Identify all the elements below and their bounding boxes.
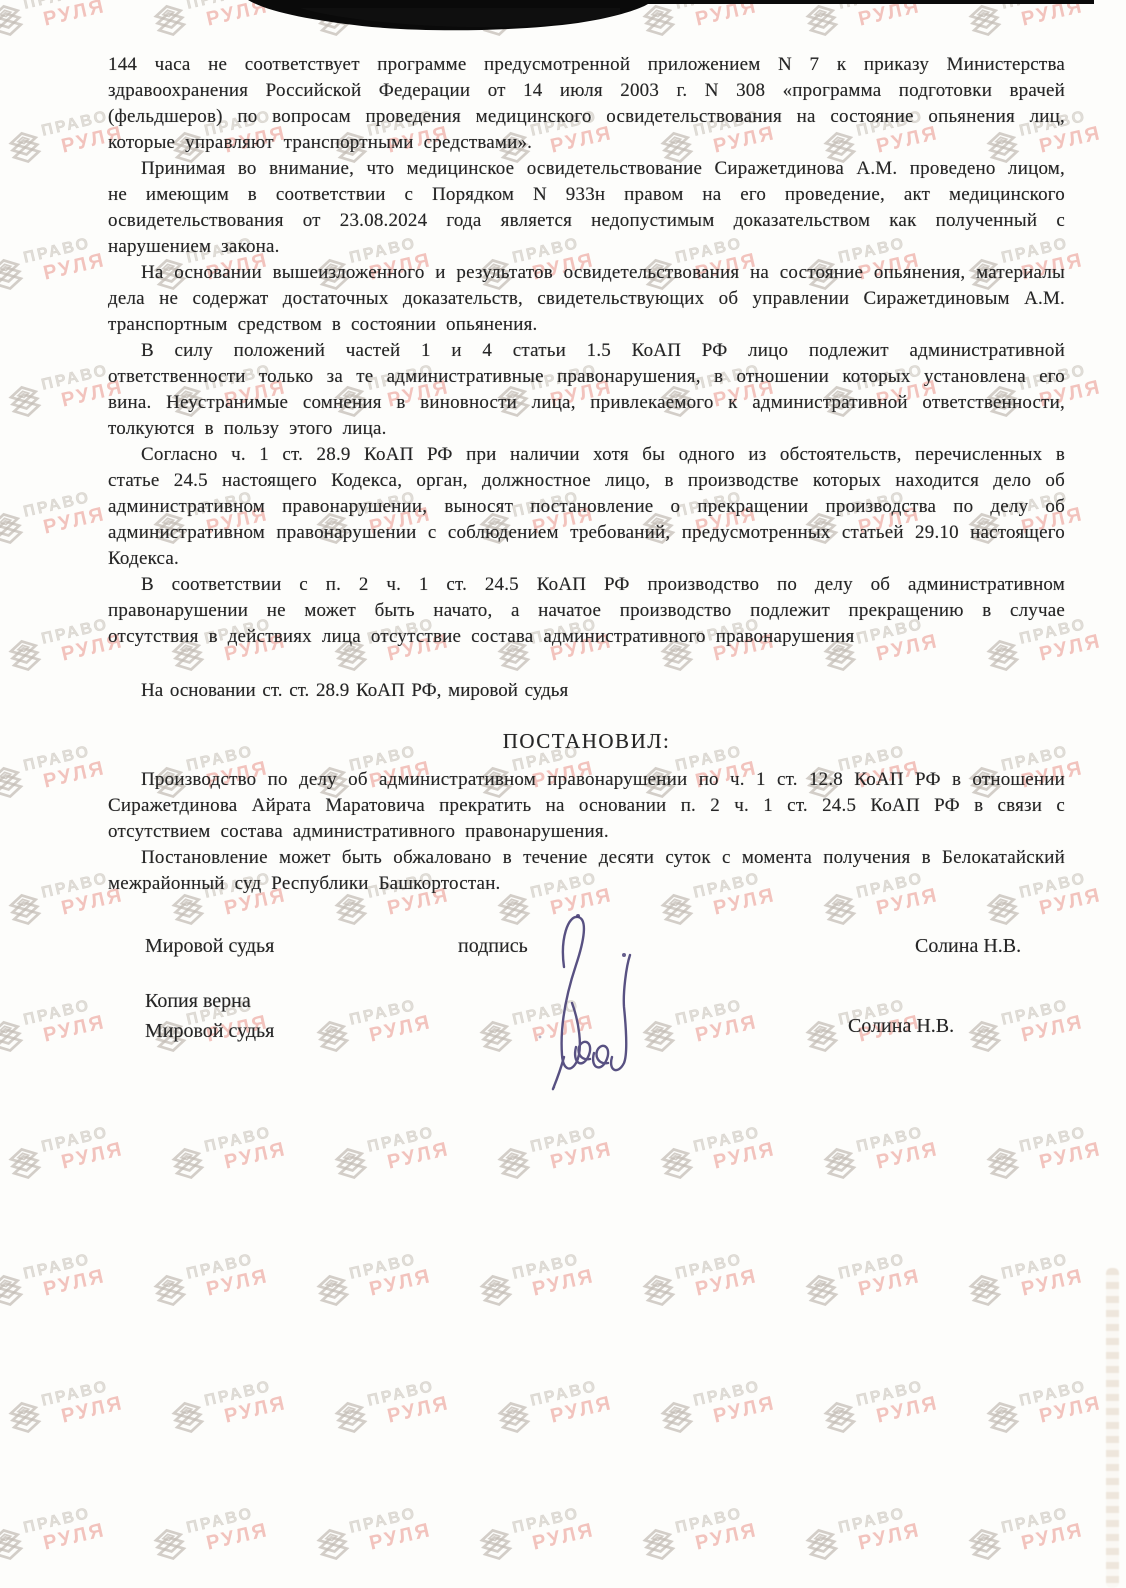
watermark-text-pravo: ПРАВО — [692, 1375, 773, 1410]
watermark-text-pravo: ПРАВО — [1018, 1375, 1099, 1410]
pravo-rulya-logo-icon — [655, 1142, 699, 1189]
watermark-text-rulya: РУЛЯ — [385, 1392, 452, 1429]
watermark-text-pravo: ПРАВО — [22, 1248, 103, 1283]
pravo-rulya-logo-icon — [818, 1396, 862, 1443]
watermark-text-pravo: ПРАВО — [529, 1121, 610, 1156]
paragraph: На основании вышеизложенного и результат… — [108, 260, 1065, 338]
watermark-text-rulya: РУЛЯ — [1037, 1138, 1104, 1175]
watermark-tile: ПРАВОРУЛЯ — [800, 1493, 970, 1588]
watermark-text-pravo: ПРАВО — [511, 1502, 592, 1537]
watermark-text-rulya: РУЛЯ — [204, 1519, 271, 1556]
watermark-tile: ПРАВОРУЛЯ — [492, 1112, 662, 1210]
pravo-rulya-logo-icon — [311, 1269, 355, 1316]
watermark-tile: ПРАВОРУЛЯ — [329, 1366, 499, 1464]
watermark-text-rulya: РУЛЯ — [856, 1265, 923, 1302]
watermark-tile: ПРАВОРУЛЯ — [0, 985, 155, 1083]
watermark-text-rulya: РУЛЯ — [874, 1138, 941, 1175]
watermark-text-pravo: ПРАВО — [366, 1375, 447, 1410]
watermark-text-rulya: РУЛЯ — [548, 1392, 615, 1429]
watermark-text-pravo: ПРАВО — [855, 1375, 936, 1410]
paragraph: В соответствии с п. 2 ч. 1 ст. 24.5 КоАП… — [108, 572, 1065, 650]
basis-line: На основании ст. ст. 28.9 КоАП РФ, миров… — [108, 678, 1065, 704]
pravo-rulya-logo-icon — [3, 126, 47, 173]
watermark-tile: ПРАВОРУЛЯ — [963, 985, 1126, 1083]
watermark-text-rulya: РУЛЯ — [367, 1519, 434, 1556]
watermark-text-rulya: РУЛЯ — [874, 1392, 941, 1429]
watermark-tile: ПРАВОРУЛЯ — [166, 1112, 336, 1210]
pravo-rulya-logo-icon — [0, 761, 29, 808]
judge-name: Солина Н.В. — [915, 935, 1021, 958]
watermark-text-rulya: РУЛЯ — [41, 1519, 108, 1556]
resolution-paragraph: Производство по делу об административном… — [108, 767, 1065, 845]
pravo-rulya-logo-icon — [474, 1015, 518, 1062]
watermark-text-pravo: ПРАВО — [1000, 1248, 1081, 1283]
pravo-rulya-logo-icon — [329, 1142, 373, 1189]
watermark-text-rulya: РУЛЯ — [222, 1392, 289, 1429]
pravo-rulya-logo-icon — [0, 1015, 29, 1062]
watermark-text-rulya: РУЛЯ — [1037, 1392, 1104, 1429]
watermark-text-rulya: РУЛЯ — [1019, 1265, 1086, 1302]
paragraph: Согласно ч. 1 ст. 28.9 КоАП РФ при налич… — [108, 442, 1065, 572]
watermark-text-pravo: ПРАВО — [348, 1248, 429, 1283]
watermark-tile: ПРАВОРУЛЯ — [981, 1366, 1126, 1464]
watermark-tile: ПРАВОРУЛЯ — [474, 1239, 644, 1337]
pravo-rulya-logo-icon — [492, 1396, 536, 1443]
watermark-tile: ПРАВОРУЛЯ — [311, 1239, 481, 1337]
watermark-tile: ПРАВОРУЛЯ — [148, 1239, 318, 1337]
pravo-rulya-logo-icon — [166, 1396, 210, 1443]
pravo-rulya-logo-icon — [3, 1142, 47, 1189]
watermark-text-rulya: РУЛЯ — [530, 1519, 597, 1556]
pravo-rulya-logo-icon — [981, 1142, 1025, 1189]
watermark-text-rulya: РУЛЯ — [1019, 1519, 1086, 1556]
watermark-text-rulya: РУЛЯ — [367, 1265, 434, 1302]
watermark-text-rulya: РУЛЯ — [41, 1011, 108, 1048]
watermark-text-rulya: РУЛЯ — [1019, 1011, 1086, 1048]
watermark-tile: ПРАВОРУЛЯ — [818, 1366, 988, 1464]
copy-note: Копия верна — [145, 990, 251, 1013]
watermark-text-rulya: РУЛЯ — [548, 1138, 615, 1175]
watermark-text-pravo: ПРАВО — [511, 1248, 592, 1283]
pravo-rulya-logo-icon — [148, 1523, 192, 1570]
pravo-rulya-logo-icon — [655, 1396, 699, 1443]
watermark-text-pravo: ПРАВО — [348, 994, 429, 1029]
pravo-rulya-logo-icon — [800, 1269, 844, 1316]
watermark-text-pravo: ПРАВО — [366, 1121, 447, 1156]
signature-label: подпись — [458, 935, 528, 958]
pravo-rulya-logo-icon — [3, 634, 47, 681]
watermark-text-pravo: ПРАВО — [1000, 994, 1081, 1029]
scanner-artifact-blob — [0, 0, 1126, 40]
watermark-tile: ПРАВОРУЛЯ — [329, 1112, 499, 1210]
watermark-text-pravo: ПРАВО — [40, 1375, 121, 1410]
watermark-text-rulya: РУЛЯ — [204, 1265, 271, 1302]
pravo-rulya-logo-icon — [963, 1523, 1007, 1570]
watermark-tile: ПРАВОРУЛЯ — [311, 985, 481, 1083]
pravo-rulya-logo-icon — [0, 253, 29, 300]
pravo-rulya-logo-icon — [981, 1396, 1025, 1443]
watermark-text-rulya: РУЛЯ — [41, 1265, 108, 1302]
pravo-rulya-logo-icon — [329, 1396, 373, 1443]
resolution-heading: ПОСТАНОВИЛ: — [108, 728, 1065, 754]
watermark-text-rulya: РУЛЯ — [693, 1265, 760, 1302]
watermark-tile: ПРАВОРУЛЯ — [492, 1366, 662, 1464]
watermark-text-rulya: РУЛЯ — [856, 1519, 923, 1556]
watermark-text-pravo: ПРАВО — [529, 1375, 610, 1410]
pravo-rulya-logo-icon — [474, 1269, 518, 1316]
watermark-text-pravo: ПРАВО — [185, 1502, 266, 1537]
pravo-rulya-logo-icon — [0, 507, 29, 554]
resolution-paragraph: Постановление может быть обжаловано в те… — [108, 845, 1065, 897]
watermark-tile: ПРАВОРУЛЯ — [637, 1493, 807, 1588]
watermark-text-pravo: ПРАВО — [692, 1121, 773, 1156]
watermark-text-pravo: ПРАВО — [837, 1248, 918, 1283]
watermark-tile: ПРАВОРУЛЯ — [818, 1112, 988, 1210]
pravo-rulya-logo-icon — [3, 888, 47, 935]
paragraph: 144 часа не соответствует программе пред… — [108, 52, 1065, 156]
page-edge-artifact — [1106, 1268, 1119, 1588]
watermark-text-rulya: РУЛЯ — [693, 1519, 760, 1556]
watermark-text-rulya: РУЛЯ — [367, 1011, 434, 1048]
pravo-rulya-logo-icon — [3, 380, 47, 427]
watermark-text-pravo: ПРАВО — [22, 740, 103, 775]
pravo-rulya-logo-icon — [3, 1396, 47, 1443]
judge-label: Мировой судья — [145, 1020, 274, 1043]
watermark-tile: ПРАВОРУЛЯ — [963, 1493, 1126, 1588]
watermark-text-rulya: РУЛЯ — [385, 1138, 452, 1175]
pravo-rulya-logo-icon — [637, 1269, 681, 1316]
watermark-text-pravo: ПРАВО — [203, 1121, 284, 1156]
pravo-rulya-logo-icon — [963, 1269, 1007, 1316]
watermark-text-pravo: ПРАВО — [22, 232, 103, 267]
watermark-tile: ПРАВОРУЛЯ — [637, 1239, 807, 1337]
judge-label: Мировой судья — [145, 935, 274, 958]
watermark-text-pravo: ПРАВО — [1018, 1121, 1099, 1156]
watermark-tile: ПРАВОРУЛЯ — [474, 1493, 644, 1588]
watermark-text-rulya: РУЛЯ — [41, 249, 108, 286]
document-body: 144 часа не соответствует программе пред… — [108, 52, 1065, 897]
watermark-tile: ПРАВОРУЛЯ — [0, 1239, 155, 1337]
watermark-text-rulya: РУЛЯ — [711, 1392, 778, 1429]
pravo-rulya-logo-icon — [474, 1523, 518, 1570]
watermark-text-pravo: ПРАВО — [348, 1502, 429, 1537]
pravo-rulya-logo-icon — [311, 1015, 355, 1062]
watermark-text-rulya: РУЛЯ — [693, 1011, 760, 1048]
watermark-text-pravo: ПРАВО — [185, 1248, 266, 1283]
watermark-text-rulya: РУЛЯ — [59, 1392, 126, 1429]
watermark-tile: ПРАВОРУЛЯ — [963, 1239, 1126, 1337]
pravo-rulya-logo-icon — [800, 1523, 844, 1570]
watermark-text-rulya: РУЛЯ — [41, 757, 108, 794]
watermark-text-pravo: ПРАВО — [203, 1375, 284, 1410]
watermark-tile: ПРАВОРУЛЯ — [655, 1366, 825, 1464]
watermark-text-pravo: ПРАВО — [855, 1121, 936, 1156]
watermark-text-pravo: ПРАВО — [674, 994, 755, 1029]
watermark-tile: ПРАВОРУЛЯ — [0, 1493, 155, 1588]
watermark-tile: ПРАВОРУЛЯ — [3, 1366, 173, 1464]
paragraph: Принимая во внимание, что медицинское ос… — [108, 156, 1065, 260]
watermark-text-pravo: ПРАВО — [22, 486, 103, 521]
watermark-tile: ПРАВОРУЛЯ — [655, 1112, 825, 1210]
pravo-rulya-logo-icon — [800, 1015, 844, 1062]
pravo-rulya-logo-icon — [148, 1269, 192, 1316]
watermark-text-pravo: ПРАВО — [22, 1502, 103, 1537]
pravo-rulya-logo-icon — [311, 1523, 355, 1570]
watermark-tile: ПРАВОРУЛЯ — [166, 1366, 336, 1464]
watermark-tile: ПРАВОРУЛЯ — [311, 1493, 481, 1588]
watermark-text-rulya: РУЛЯ — [711, 1138, 778, 1175]
watermark-text-pravo: ПРАВО — [40, 1121, 121, 1156]
watermark-tile: ПРАВОРУЛЯ — [148, 1493, 318, 1588]
pravo-rulya-logo-icon — [166, 1142, 210, 1189]
watermark-text-rulya: РУЛЯ — [59, 1138, 126, 1175]
watermark-text-pravo: ПРАВО — [674, 1248, 755, 1283]
pravo-rulya-logo-icon — [492, 1142, 536, 1189]
pravo-rulya-logo-icon — [0, 1269, 29, 1316]
watermark-text-pravo: ПРАВО — [22, 994, 103, 1029]
watermark-text-pravo: ПРАВО — [674, 1502, 755, 1537]
watermark-text-pravo: ПРАВО — [1000, 1502, 1081, 1537]
handwritten-signature — [532, 905, 652, 1105]
pravo-rulya-logo-icon — [963, 1015, 1007, 1062]
watermark-text-rulya: РУЛЯ — [222, 1138, 289, 1175]
watermark-text-rulya: РУЛЯ — [41, 503, 108, 540]
watermark-tile: ПРАВОРУЛЯ — [3, 1112, 173, 1210]
pravo-rulya-logo-icon — [0, 1523, 29, 1570]
pravo-rulya-logo-icon — [637, 1523, 681, 1570]
paragraph: В силу положений частей 1 и 4 статьи 1.5… — [108, 338, 1065, 442]
judge-name: Солина Н.В. — [848, 1015, 954, 1038]
pravo-rulya-logo-icon — [818, 1142, 862, 1189]
watermark-text-pravo: ПРАВО — [837, 1502, 918, 1537]
watermark-tile: ПРАВОРУЛЯ — [981, 1112, 1126, 1210]
watermark-text-rulya: РУЛЯ — [530, 1265, 597, 1302]
watermark-tile: ПРАВОРУЛЯ — [637, 985, 807, 1083]
scanned-court-document-page: ПРАВОРУЛЯПРАВОРУЛЯПРАВОРУЛЯПРАВОРУЛЯПРАВ… — [0, 0, 1126, 1588]
watermark-tile: ПРАВОРУЛЯ — [800, 1239, 970, 1337]
